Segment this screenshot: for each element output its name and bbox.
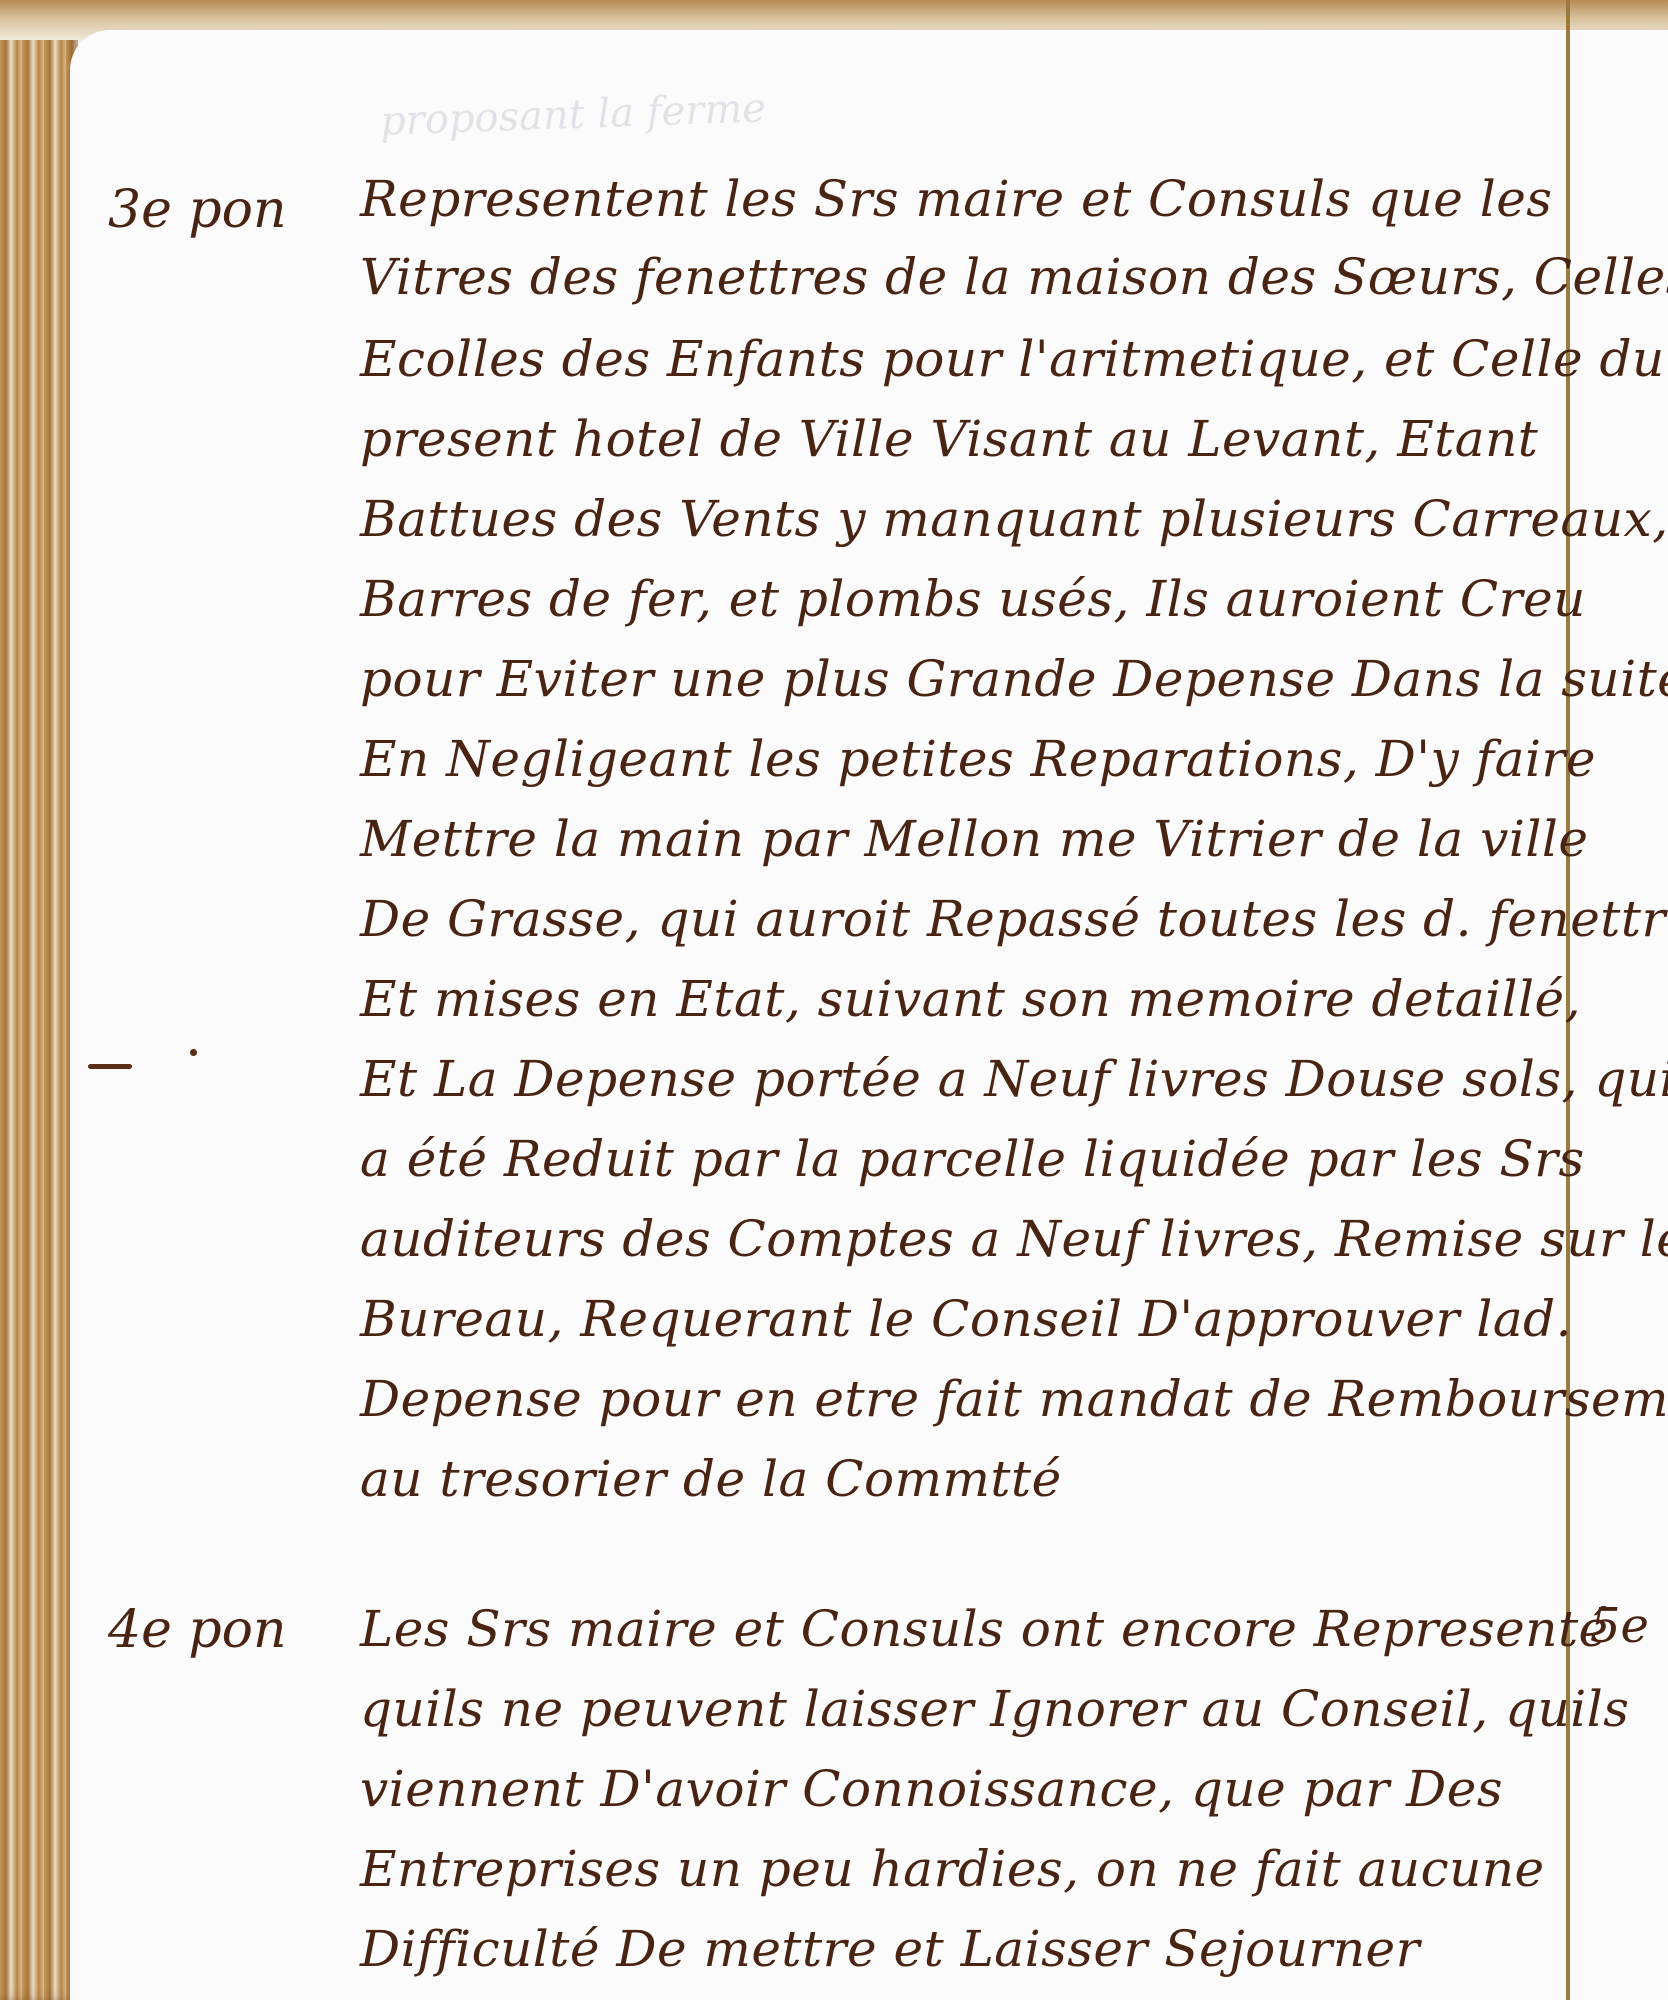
- entry-3-line-3: Ecolles des Enfants pour l'aritmetique, …: [360, 330, 1665, 388]
- entry-3-line-8: En Negligeant les petites Reparations, D…: [360, 730, 1596, 788]
- entry-3-line-13: a été Reduit par la parcelle liquidée pa…: [360, 1130, 1585, 1188]
- entry-4-line-3: viennent D'avoir Connoissance, que par D…: [360, 1760, 1503, 1818]
- book-fore-edge: [0, 0, 78, 2000]
- entry-3-line-5: Battues des Vents y manquant plusieurs C…: [360, 490, 1668, 548]
- entry-4-line-2: quils ne peuvent laisser Ignorer au Cons…: [360, 1680, 1629, 1738]
- entry-4-line-1: Les Srs maire et Consuls ont encore Repr…: [360, 1600, 1609, 1658]
- ink-mark: [88, 1064, 132, 1069]
- entry-3-line-16: Depense pour en etre fait mandat de Remb…: [360, 1370, 1668, 1428]
- entry-3-line-1: Representent les Srs maire et Consuls qu…: [360, 170, 1552, 228]
- entry-3-line-15: Bureau, Requerant le Conseil D'approuver…: [360, 1290, 1572, 1348]
- entry-3-line-6: Barres de fer, et plombs usés, Ils auroi…: [360, 570, 1586, 628]
- entry-3-line-4: present hotel de Ville Visant au Levant,…: [360, 410, 1538, 468]
- entry-3-line-17: au tresorier de la Commtté: [360, 1450, 1062, 1508]
- margin-label-entry-4: 4e pon: [108, 1600, 286, 1660]
- margin-label-entry-3: 3e pon: [108, 180, 286, 240]
- entry-3-line-2: Vitres des fenettres de la maison des Sœ…: [360, 248, 1668, 306]
- entry-3-line-11: Et mises en Etat, suivant son memoire de…: [360, 970, 1581, 1028]
- ink-dot: [190, 1049, 197, 1056]
- entry-3-line-7: pour Eviter une plus Grande Depense Dans…: [360, 650, 1668, 708]
- entry-4-line-5: Difficulté De mettre et Laisser Sejourne…: [360, 1920, 1420, 1978]
- entry-3-line-12: Et La Depense portée a Neuf livres Douse…: [360, 1050, 1668, 1108]
- entry-4-line-4: Entreprises un peu hardies, on ne fait a…: [360, 1840, 1545, 1898]
- entry-3-line-14: auditeurs des Comptes a Neuf livres, Rem…: [360, 1210, 1668, 1268]
- entry-3-line-9: Mettre la main par Mellon me Vitrier de …: [360, 810, 1588, 868]
- entry-3-line-10: De Grasse, qui auroit Repassé toutes les…: [360, 890, 1668, 948]
- right-margin-label: 5e: [1590, 1598, 1649, 1654]
